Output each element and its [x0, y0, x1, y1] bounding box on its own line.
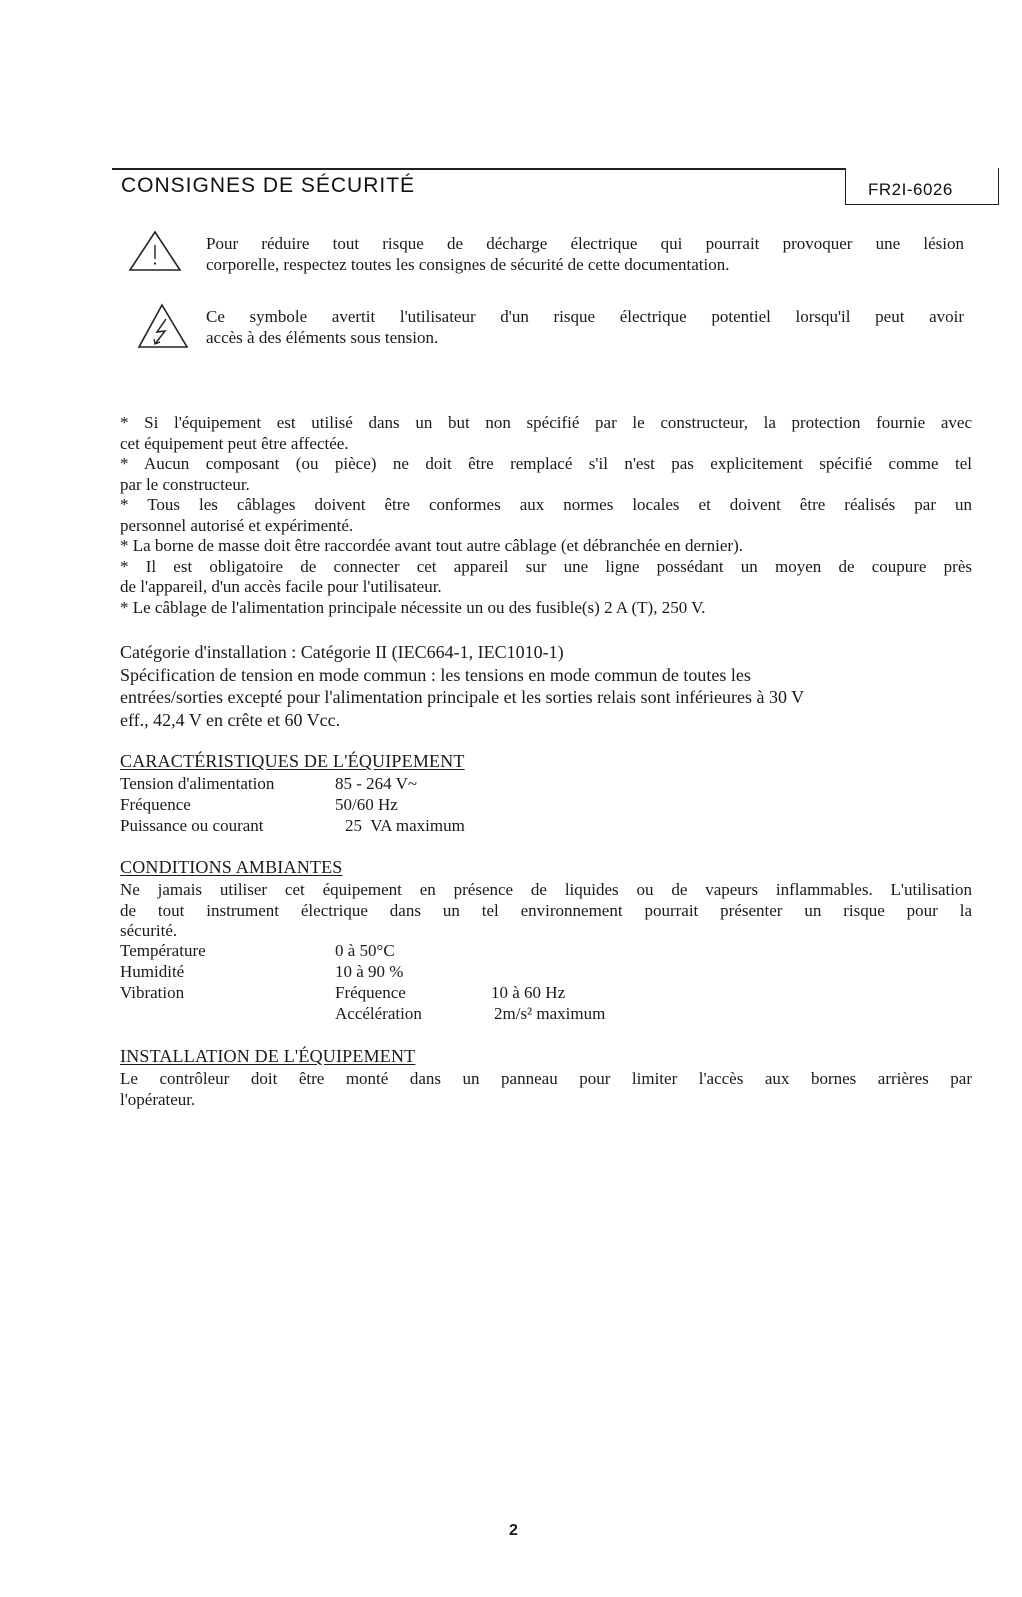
warning-electric-line2: accès à des éléments sous tension. [206, 328, 438, 347]
electric-shock-warning-icon [137, 303, 189, 349]
warning-general-line1: Pour réduire tout risque de décharge éle… [206, 233, 964, 254]
installation-category: Catégorie d'installation : Catégorie II … [120, 641, 972, 731]
common-mode-spec-line2: entrées/sorties excepté pour l'alimentat… [120, 686, 972, 709]
warning-electric-line1: Ce symbole avertit l'utilisateur d'un ri… [206, 306, 964, 327]
safety-rule: * La borne de masse doit être raccordée … [120, 536, 972, 557]
warning-general-text: Pour réduire tout risque de décharge éle… [206, 233, 964, 275]
spec-value: 25 VA maximum [345, 816, 465, 836]
safety-rules-list: * Si l'équipement est utilisé dans un bu… [120, 413, 972, 618]
installation-category-line: Catégorie d'installation : Catégorie II … [120, 641, 972, 664]
common-mode-spec-line1: Spécification de tension en mode commun … [120, 664, 972, 687]
page-number: 2 [509, 1522, 518, 1540]
equipment-characteristics-heading: CARACTÉRISTIQUES DE L'ÉQUIPEMENT [120, 751, 465, 772]
page-title: CONSIGNES DE SÉCURITÉ [121, 174, 415, 198]
safety-rule: * Le câblage de l'alimentation principal… [120, 598, 972, 619]
safety-rule: * Tous les câblages doivent être conform… [120, 495, 972, 536]
warning-electric-text: Ce symbole avertit l'utilisateur d'un ri… [206, 306, 964, 348]
header-rule [112, 168, 846, 170]
safety-rule: * Si l'équipement est utilisé dans un bu… [120, 413, 972, 454]
spec-value: 85 - 264 V~ [335, 774, 417, 794]
spec-label: Fréquence [120, 795, 191, 815]
equipment-installation-heading: INSTALLATION DE L'ÉQUIPEMENT [120, 1046, 415, 1067]
document-ref-code: FR2I-6026 [868, 180, 953, 200]
spec-label: Puissance ou courant [120, 816, 264, 836]
common-mode-spec-line3: eff., 42,4 V en crête et 60 Vcc. [120, 709, 972, 732]
equipment-installation-text: Le contrôleur doit être monté dans un pa… [120, 1069, 972, 1110]
ambient-conditions-heading: CONDITIONS AMBIANTES [120, 857, 343, 878]
spec-label: Tension d'alimentation [120, 774, 274, 794]
ambient-conditions-text: Ne jamais utiliser cet équipement en pré… [120, 880, 972, 942]
spec-value: 50/60 Hz [335, 795, 398, 815]
warning-general-line2: corporelle, respectez toutes les consign… [206, 255, 729, 274]
safety-rule: * Aucun composant (ou pièce) ne doit êtr… [120, 454, 972, 495]
safety-rule: * Il est obligatoire de connecter cet ap… [120, 557, 972, 598]
warning-triangle-exclamation-icon [128, 230, 182, 272]
